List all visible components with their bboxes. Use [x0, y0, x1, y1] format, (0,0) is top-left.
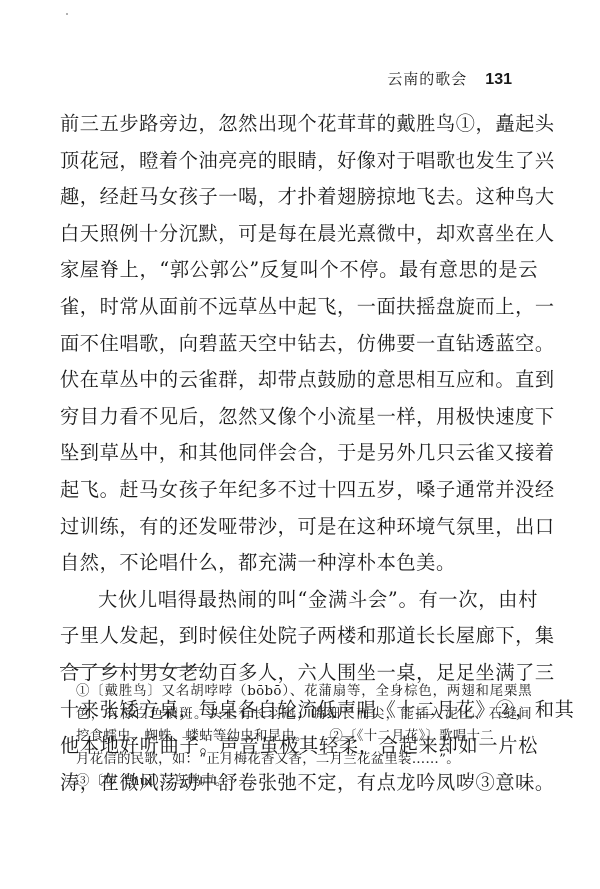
- body-line: 起飞。赶马女孩子年纪多不过十四五岁，嗓子通常并没经: [60, 472, 538, 509]
- footnote-line: ①〔戴胜鸟〕又名胡哱哱（bōbō）、花蒲扇等，全身棕色，两翅和尾栗黑: [76, 681, 532, 704]
- body-line: 白天照例十分沉默，可是每在晨光熹微中，却欢喜坐在人: [60, 216, 538, 253]
- body-line: 雀，时常从面前不远草丛中起飞，一面扶摇盘旋而上，一: [60, 289, 538, 326]
- footnotes: ①〔戴胜鸟〕又名胡哱哱（bōbō）、花蒲扇等，全身棕色，两翅和尾栗黑 色，有棕白…: [76, 681, 532, 794]
- body-line: 过训练，有的还发哑带沙，可是在这种环境气氛里，出口: [60, 509, 538, 546]
- footnote-divider: [60, 667, 201, 668]
- scan-speck: [66, 13, 68, 15]
- paragraph-start-line: 大伙儿唱得最热闹的叫“金满斗会”。有一次，由村: [60, 582, 538, 619]
- footnote-line: ③〔哕（huì）〕鸟鸣声。: [76, 771, 532, 794]
- body-line: 趣，经赶马女孩子一喝，才扑着翅膀掠地飞去。这种鸟大: [60, 179, 538, 216]
- body-line: 子里人发起，到时候住处院子两楼和那道长长屋廊下，集: [60, 618, 538, 655]
- footnote-line: 月花信的民歌，如：“正月梅花香又香，二月兰花盆里装……”。: [76, 749, 532, 772]
- running-title: 云南的歌会: [387, 68, 467, 89]
- body-line: 穷目力看不见后，忽然又像个小流星一样，用极快速度下: [60, 399, 538, 436]
- running-header: 云南的歌会 131: [387, 68, 512, 89]
- body-line: 自然，不论唱什么，都充满一种淳朴本色美。: [60, 545, 538, 582]
- body-line: 家屋脊上，“郭公郭公”反复叫个不停。最有意思的是云: [60, 252, 538, 289]
- page-number: 131: [485, 71, 512, 89]
- body-line: 伏在草丛中的云雀群，却带点鼓励的意思相互应和。直到: [60, 362, 538, 399]
- body-line: 面不住唱歌，向碧蓝天空中钻去，仿佛要一直钻透蓝空。: [60, 326, 538, 363]
- body-line: 顶花冠，瞪着个油亮亮的眼睛，好像对于唱歌也发生了兴: [60, 143, 538, 180]
- footnote-line: 挖食蠕虫、蜘蛛、蝼蛄等幼虫和昆虫。 ②〔《十二月花》〕歌唱十二: [76, 726, 532, 749]
- body-line: 前三五步路旁边，忽然出现个花茸茸的戴胜鸟①，矗起头: [60, 106, 538, 143]
- body-line: 坠到草丛中，和其他同伴会合，于是另外几只云雀又接着: [60, 435, 538, 472]
- footnote-line: 色，有棕白色横斑。头上有长羽冠，嘴细长而尖，能插入泥土、石缝间: [76, 704, 532, 727]
